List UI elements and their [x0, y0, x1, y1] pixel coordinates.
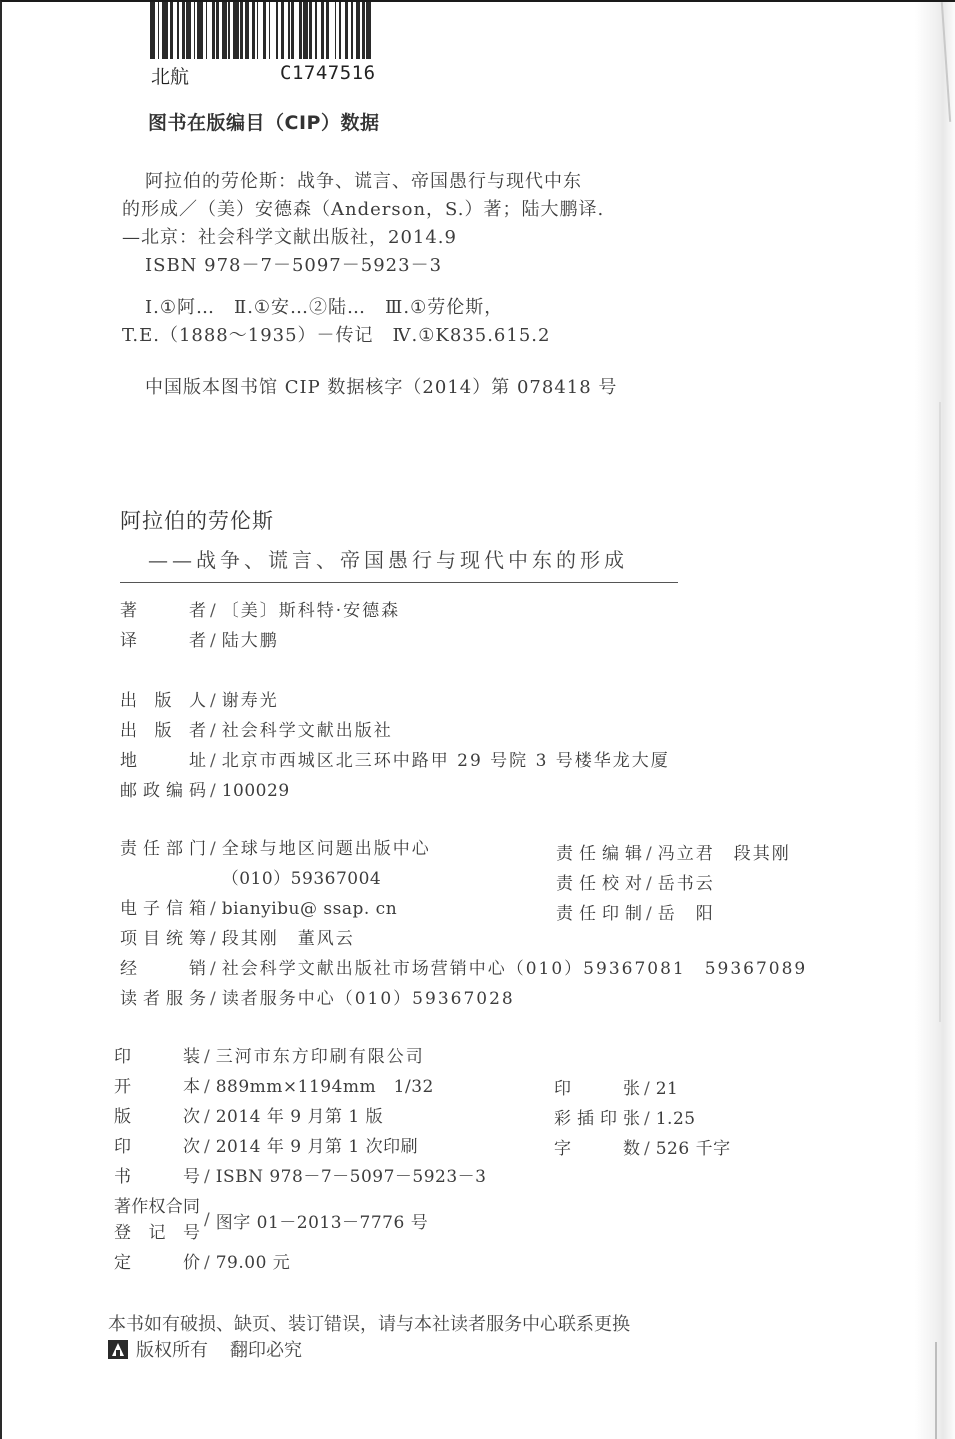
book-copyright-page: 北航 C1747516 图书在版编目（CIP）数据 阿拉伯的劳伦斯：战争、谎言、…	[0, 0, 955, 1439]
publisher-row: 邮政编码/100029	[120, 776, 670, 806]
price-row: 定 价/79.00 元	[114, 1248, 486, 1278]
cip-record-line: ISBN 978－7－5097－5923－3	[122, 252, 604, 280]
barcode-number: C1747516	[280, 62, 376, 84]
barcode-owner-label: 北航	[151, 62, 189, 89]
publisher-block: 出 版 人/谢寿光 出 版 者/社会科学文献出版社 地 址/北京市西城区北三环中…	[120, 686, 670, 806]
departments-right-block: 责任编辑/冯立君 段其刚 责任校对/岳书云 责任印制/岳 阳	[556, 839, 791, 929]
credit-row: 著 者/〔美〕斯科特·安德森	[120, 596, 400, 626]
title-divider	[120, 582, 678, 583]
publisher-label: 邮政编码	[120, 776, 206, 801]
book-subtitle: ——战争、谎言、帝国愚行与现代中东的形成	[148, 544, 628, 573]
cip-subject-line: Ⅰ.①阿… Ⅱ.①安…②陆… Ⅲ.①劳伦斯，	[122, 294, 550, 322]
cip-heading: 图书在版编目（CIP）数据	[148, 108, 379, 135]
editor-label: 责任校对	[556, 869, 642, 894]
publisher-label: 出 版 者	[120, 716, 206, 741]
printing-label: 彩插印张	[554, 1104, 640, 1129]
printing-label: 书 号	[114, 1162, 200, 1187]
printing-label: 字 数	[554, 1134, 640, 1159]
department-value: 读者服务中心（010）59367028	[222, 984, 515, 1009]
editor-row: 责任校对/岳书云	[556, 869, 791, 899]
price-label: 定 价	[114, 1248, 200, 1273]
ssap-logo-icon	[108, 1340, 128, 1359]
cip-number-block: 中国版本图书馆 CIP 数据核字（2014）第 078418 号	[122, 374, 617, 402]
cip-record: 阿拉伯的劳伦斯：战争、谎言、帝国愚行与现代中东 的形成／（美）安德森（Ander…	[122, 168, 604, 280]
isbn-value: ISBN 978－7－5097－5923－3	[216, 1162, 487, 1187]
printing-value: 2014 年 9 月第 1 版	[216, 1102, 383, 1127]
credit-label: 著 者	[120, 596, 206, 621]
department-value: 社会科学文献出版社市场营销中心（010）59367081 59367089	[222, 954, 808, 979]
copyright-registration-row: 著作权合同 登 记 号 /图字 01－2013－7776 号	[114, 1192, 486, 1248]
copyright-registration-value: 图字 01－2013－7776 号	[216, 1208, 428, 1233]
cip-record-line: 阿拉伯的劳伦斯：战争、谎言、帝国愚行与现代中东	[122, 168, 604, 196]
printing-row: 开 本/889mm×1194mm 1/32	[114, 1072, 486, 1102]
publisher-value: 北京市西城区北三环中路甲 29 号院 3 号楼华龙大厦	[222, 746, 670, 771]
publisher-label: 地 址	[120, 746, 206, 771]
printing-right-block: 印 张/21 彩插印张/1.25 字 数/526 千字	[554, 1074, 731, 1164]
book-title: 阿拉伯的劳伦斯	[120, 505, 274, 535]
rights-reserved-text: 版权所有	[136, 1336, 208, 1362]
page-curl-line	[935, 1342, 937, 1439]
printing-label: 印 装	[114, 1042, 200, 1067]
copyright-notice: 版权所有 翻印必究	[108, 1336, 302, 1362]
cip-subjects: Ⅰ.①阿… Ⅱ.①安…②陆… Ⅲ.①劳伦斯， T.E.（1888～1935）－传…	[122, 294, 550, 350]
department-row: 读者服务/读者服务中心（010）59367028	[120, 984, 807, 1014]
department-value: （010）59367004	[222, 864, 381, 889]
printing-value: 526 千字	[656, 1134, 731, 1159]
cip-number: 中国版本图书馆 CIP 数据核字（2014）第 078418 号	[122, 374, 617, 402]
printing-row: 字 数/526 千字	[554, 1134, 731, 1164]
department-label: 电子信箱	[120, 894, 206, 919]
printing-value: 2014 年 9 月第 1 次印刷	[216, 1132, 418, 1157]
cip-subject-line: T.E.（1888～1935）－传记 Ⅳ.①K835.615.2	[122, 322, 550, 350]
publisher-row: 地 址/北京市西城区北三环中路甲 29 号院 3 号楼华龙大厦	[120, 746, 670, 776]
page-curl-line	[939, 402, 941, 1022]
editor-value: 岳书云	[658, 869, 715, 894]
price-value: 79.00 元	[216, 1248, 291, 1273]
copyright-registration-label: 著作权合同 登 记 号	[114, 1194, 200, 1246]
editor-label: 责任印制	[556, 899, 642, 924]
publisher-value: 社会科学文献出版社	[222, 716, 393, 741]
department-label: 经 销	[120, 954, 206, 979]
editor-value: 冯立君 段其刚	[658, 839, 791, 864]
credit-row: 译 者/陆大鹏	[120, 626, 400, 656]
publisher-label: 出 版 人	[120, 686, 206, 711]
printing-row: 书 号/ISBN 978－7－5097－5923－3	[114, 1162, 486, 1192]
printing-row: 印 张/21	[554, 1074, 731, 1104]
printing-row: 彩插印张/1.25	[554, 1104, 731, 1134]
credit-value: 陆大鹏	[222, 626, 279, 651]
editor-label: 责任编辑	[556, 839, 642, 864]
damage-replacement-notice: 本书如有破损、缺页、装订错误，请与本社读者服务中心联系更换	[108, 1310, 630, 1336]
department-label: 读者服务	[120, 984, 206, 1009]
printing-label: 开 本	[114, 1072, 200, 1097]
editor-row: 责任印制/岳 阳	[556, 899, 791, 929]
credits-block: 著 者/〔美〕斯科特·安德森 译 者/陆大鹏	[120, 596, 400, 656]
printing-label: 印 张	[554, 1074, 640, 1099]
printing-row: 印 次/2014 年 9 月第 1 次印刷	[114, 1132, 486, 1162]
department-label: 项目统筹	[120, 924, 206, 949]
library-barcode	[150, 2, 374, 59]
printing-left-block: 印 装/三河市东方印刷有限公司 开 本/889mm×1194mm 1/32 版 …	[114, 1042, 486, 1278]
publisher-value: 100029	[222, 781, 290, 801]
page-curl-shadow	[915, 2, 955, 1439]
credit-value: 〔美〕斯科特·安德森	[222, 596, 400, 621]
department-value: 段其刚 董风云	[222, 924, 355, 949]
editor-value: 岳 阳	[658, 899, 715, 924]
printing-label: 印 次	[114, 1132, 200, 1157]
printing-row: 版 次/2014 年 9 月第 1 版	[114, 1102, 486, 1132]
cip-record-line: 的形成／（美）安德森（Anderson，S.）著；陆大鹏译.	[122, 196, 604, 224]
editor-row: 责任编辑/冯立君 段其刚	[556, 839, 791, 869]
printing-value: 889mm×1194mm 1/32	[216, 1072, 434, 1097]
printing-value: 21	[656, 1079, 679, 1099]
department-value: 全球与地区问题出版中心	[222, 834, 431, 859]
no-reproduction-text: 翻印必究	[230, 1336, 302, 1362]
publisher-value: 谢寿光	[222, 686, 279, 711]
cip-record-line: —北京：社会科学文献出版社，2014.9	[122, 224, 604, 252]
department-row: 经 销/社会科学文献出版社市场营销中心（010）59367081 5936708…	[120, 954, 807, 984]
printing-label: 版 次	[114, 1102, 200, 1127]
email-value: bianyibu@ ssap. cn	[222, 899, 397, 919]
publisher-row: 出 版 者/社会科学文献出版社	[120, 716, 670, 746]
department-label: 责任部门	[120, 834, 206, 859]
printing-value: 1.25	[656, 1109, 696, 1129]
credit-label: 译 者	[120, 626, 206, 651]
printing-row: 印 装/三河市东方印刷有限公司	[114, 1042, 486, 1072]
printing-value: 三河市东方印刷有限公司	[216, 1042, 425, 1067]
publisher-row: 出 版 人/谢寿光	[120, 686, 670, 716]
